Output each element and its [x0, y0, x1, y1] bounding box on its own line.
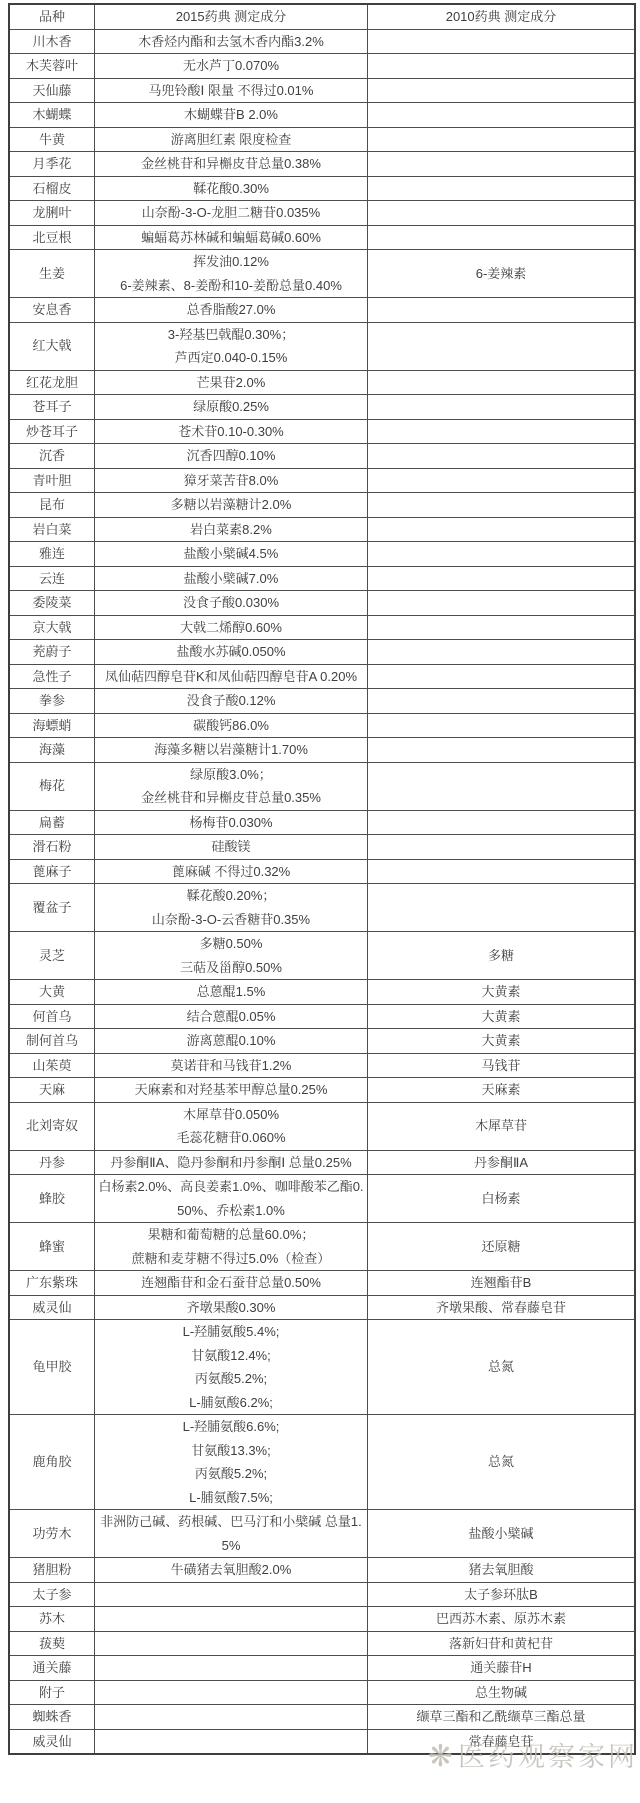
- components-2015-cell: [95, 1656, 368, 1681]
- component-line: 芒果苷2.0%: [98, 371, 364, 395]
- table-row: 委陵菜没食子酸0.030%: [9, 591, 635, 616]
- components-2015-cell: 挥发油0.12%6-姜辣素、8-姜酚和10-姜酚总量0.40%: [95, 250, 368, 298]
- component-line: L-羟脯氨酸5.4%;: [98, 1320, 364, 1344]
- components-2010-cell: 马钱苷: [368, 1053, 636, 1078]
- component-line: 非洲防己碱、药根碱、巴马汀和小檗碱 总量1.5%: [98, 1510, 364, 1557]
- components-2015-cell: 绿原酸0.25%: [95, 395, 368, 420]
- component-line: 蔗糖和麦芽糖不得过5.0%（检查）: [98, 1247, 364, 1271]
- components-2015-cell: 蝙蝠葛苏林碱和蝙蝠葛碱0.60%: [95, 225, 368, 250]
- herb-name-cell: 龟甲胶: [9, 1320, 95, 1415]
- component-line: 齐墩果酸0.30%: [98, 1296, 364, 1320]
- components-2015-cell: 莫诺苷和马钱苷1.2%: [95, 1053, 368, 1078]
- components-2010-cell: 齐墩果酸、常春藤皂苷: [368, 1295, 636, 1320]
- components-2010-cell: 6-姜辣素: [368, 250, 636, 298]
- component-line: 沉香四醇0.10%: [98, 444, 364, 468]
- components-2015-cell: 木香烃内酯和去氢木香内酯3.2%: [95, 29, 368, 54]
- components-2010-cell: 缬草三酯和乙酰缬草三酯总量: [368, 1705, 636, 1730]
- herb-name-cell: 威灵仙: [9, 1295, 95, 1320]
- components-2010-cell: [368, 640, 636, 665]
- components-2015-cell: 无水芦丁0.070%: [95, 54, 368, 79]
- table-row: 威灵仙常春藤皂苷: [9, 1729, 635, 1754]
- table-row: 沉香沉香四醇0.10%: [9, 444, 635, 469]
- components-2010-cell: 太子参环肽B: [368, 1582, 636, 1607]
- components-2010-cell: 总氮: [368, 1320, 636, 1415]
- components-2015-cell: 非洲防己碱、药根碱、巴马汀和小檗碱 总量1.5%: [95, 1510, 368, 1558]
- component-line: 盐酸小檗碱4.5%: [98, 542, 364, 566]
- herb-name-cell: 岩白菜: [9, 517, 95, 542]
- components-2015-cell: 苍术苷0.10-0.30%: [95, 419, 368, 444]
- component-line: 蝙蝠葛苏林碱和蝙蝠葛碱0.60%: [98, 226, 364, 250]
- herb-name-cell: 制何首乌: [9, 1029, 95, 1054]
- components-2010-cell: [368, 762, 636, 810]
- components-2015-cell: 白杨素2.0%、高良姜素1.0%、咖啡酸苯乙酯0.50%、乔松素1.0%: [95, 1175, 368, 1223]
- component-line: 芦西定0.040-0.15%: [98, 346, 364, 370]
- component-line: 丙氨酸5.2%;: [98, 1462, 364, 1486]
- herb-name-cell: 红大戟: [9, 322, 95, 370]
- components-2015-cell: 凤仙萜四醇皂苷K和凤仙萜四醇皂苷A 0.20%: [95, 664, 368, 689]
- component-line: 金丝桃苷和异槲皮苷总量0.35%: [98, 786, 364, 810]
- table-row: 海藻海藻多糖以岩藻糖计1.70%: [9, 738, 635, 763]
- components-2010-cell: [368, 468, 636, 493]
- table-row: 生姜挥发油0.12%6-姜辣素、8-姜酚和10-姜酚总量0.40%6-姜辣素: [9, 250, 635, 298]
- components-2015-cell: 獐牙菜苦苷8.0%: [95, 468, 368, 493]
- components-2015-cell: 碳酸钙86.0%: [95, 713, 368, 738]
- components-2015-cell: 总香脂酸27.0%: [95, 298, 368, 323]
- table-row: 木蝴蝶木蝴蝶苷B 2.0%: [9, 103, 635, 128]
- table-row: 急性子凤仙萜四醇皂苷K和凤仙萜四醇皂苷A 0.20%: [9, 664, 635, 689]
- table-row: 附子总生物碱: [9, 1680, 635, 1705]
- component-line: 盐酸小檗碱7.0%: [98, 567, 364, 591]
- herb-name-cell: 丹参: [9, 1150, 95, 1175]
- table-row: 龙脷叶山奈酚-3-O-龙胆二糖苷0.035%: [9, 201, 635, 226]
- components-2010-cell: 天麻素: [368, 1078, 636, 1103]
- component-line: 丙氨酸5.2%;: [98, 1367, 364, 1391]
- table-row: 木芙蓉叶无水芦丁0.070%: [9, 54, 635, 79]
- components-2015-cell: 马兜铃酸Ⅰ 限量 不得过0.01%: [95, 78, 368, 103]
- components-2015-cell: [95, 1680, 368, 1705]
- herb-name-cell: 木蝴蝶: [9, 103, 95, 128]
- component-line: 岩白菜素8.2%: [98, 518, 364, 542]
- components-2015-cell: 芒果苷2.0%: [95, 370, 368, 395]
- component-line: 绿原酸0.25%: [98, 395, 364, 419]
- components-2010-cell: [368, 54, 636, 79]
- component-line: 莫诺苷和马钱苷1.2%: [98, 1054, 364, 1078]
- herb-name-cell: 蜘蛛香: [9, 1705, 95, 1730]
- component-line: 多糖0.50%: [98, 932, 364, 956]
- component-line: L-脯氨酸6.2%;: [98, 1391, 364, 1415]
- component-line: 金丝桃苷和异槲皮苷总量0.38%: [98, 152, 364, 176]
- table-row: 拳参没食子酸0.12%: [9, 689, 635, 714]
- component-line: 獐牙菜苦苷8.0%: [98, 469, 364, 493]
- components-2010-cell: [368, 395, 636, 420]
- components-2010-cell: [368, 738, 636, 763]
- components-2010-cell: [368, 103, 636, 128]
- table-row: 雅连盐酸小檗碱4.5%: [9, 542, 635, 567]
- component-line: 木犀草苷0.050%: [98, 1103, 364, 1127]
- components-2015-cell: 木蝴蝶苷B 2.0%: [95, 103, 368, 128]
- table-row: 北刘寄奴木犀草苷0.050%毛蕊花糖苷0.060%木犀草苷: [9, 1102, 635, 1150]
- herb-name-cell: 生姜: [9, 250, 95, 298]
- table-row: 山茱萸莫诺苷和马钱苷1.2%马钱苷: [9, 1053, 635, 1078]
- components-2010-cell: [368, 298, 636, 323]
- herb-name-cell: 扁蓄: [9, 810, 95, 835]
- herb-name-cell: 云连: [9, 566, 95, 591]
- component-line: 总蒽醌1.5%: [98, 980, 364, 1004]
- herb-name-cell: 山茱萸: [9, 1053, 95, 1078]
- components-2015-cell: 多糖0.50%三萜及甾醇0.50%: [95, 932, 368, 980]
- components-2010-cell: [368, 176, 636, 201]
- herb-name-cell: 北刘寄奴: [9, 1102, 95, 1150]
- components-2015-cell: 杨梅苷0.030%: [95, 810, 368, 835]
- herb-name-cell: 青叶胆: [9, 468, 95, 493]
- component-line: L-脯氨酸7.5%;: [98, 1486, 364, 1510]
- components-2015-cell: [95, 1705, 368, 1730]
- components-2010-cell: [368, 322, 636, 370]
- components-2015-cell: 游离蒽醌0.10%: [95, 1029, 368, 1054]
- component-line: 凤仙萜四醇皂苷K和凤仙萜四醇皂苷A 0.20%: [98, 665, 364, 689]
- components-2010-cell: [368, 615, 636, 640]
- component-line: 没食子酸0.030%: [98, 591, 364, 615]
- herb-name-cell: 月季花: [9, 152, 95, 177]
- components-2010-cell: 盐酸小檗碱: [368, 1510, 636, 1558]
- components-2015-cell: 盐酸小檗碱4.5%: [95, 542, 368, 567]
- components-2015-cell: 游离胆红素 限度检查: [95, 127, 368, 152]
- components-2015-cell: 盐酸水苏碱0.050%: [95, 640, 368, 665]
- components-2010-cell: 落新妇苷和黄杞苷: [368, 1631, 636, 1656]
- table-row: 太子参太子参环肽B: [9, 1582, 635, 1607]
- components-2015-cell: 岩白菜素8.2%: [95, 517, 368, 542]
- herb-name-cell: 灵芝: [9, 932, 95, 980]
- table-row: 青叶胆獐牙菜苦苷8.0%: [9, 468, 635, 493]
- components-2010-cell: [368, 78, 636, 103]
- herb-name-cell: 太子参: [9, 1582, 95, 1607]
- components-2015-cell: 果糖和葡萄糖的总量60.0%；蔗糖和麦芽糖不得过5.0%（检查）: [95, 1223, 368, 1271]
- components-2010-cell: [368, 444, 636, 469]
- components-2010-cell: 大黄素: [368, 1029, 636, 1054]
- components-2015-cell: 没食子酸0.12%: [95, 689, 368, 714]
- herb-name-cell: 滑石粉: [9, 835, 95, 860]
- components-2010-cell: [368, 152, 636, 177]
- herb-name-cell: 何首乌: [9, 1004, 95, 1029]
- herb-name-cell: 牛黄: [9, 127, 95, 152]
- table-row: 灵芝多糖0.50%三萜及甾醇0.50%多糖: [9, 932, 635, 980]
- components-2010-cell: [368, 713, 636, 738]
- component-line: 天麻素和对羟基苯甲醇总量0.25%: [98, 1078, 364, 1102]
- table-row: 丹参丹参酮ⅡA、隐丹参酮和丹参酮Ⅰ 总量0.25%丹参酮ⅡA: [9, 1150, 635, 1175]
- herb-name-cell: 海藻: [9, 738, 95, 763]
- components-2010-cell: [368, 884, 636, 932]
- components-2010-cell: [368, 370, 636, 395]
- components-2010-cell: 木犀草苷: [368, 1102, 636, 1150]
- table-row: 岩白菜岩白菜素8.2%: [9, 517, 635, 542]
- components-2015-cell: 沉香四醇0.10%: [95, 444, 368, 469]
- herb-name-cell: 木芙蓉叶: [9, 54, 95, 79]
- component-line: 马兜铃酸Ⅰ 限量 不得过0.01%: [98, 79, 364, 103]
- component-line: L-羟脯氨酸6.6%;: [98, 1415, 364, 1439]
- components-2010-cell: [368, 127, 636, 152]
- component-line: 无水芦丁0.070%: [98, 54, 364, 78]
- components-2015-cell: L-羟脯氨酸5.4%;甘氨酸12.4%;丙氨酸5.2%;L-脯氨酸6.2%;: [95, 1320, 368, 1415]
- components-2010-cell: [368, 517, 636, 542]
- component-line: 山奈酚-3-O-云香糖苷0.35%: [98, 908, 364, 932]
- components-2010-cell: 丹参酮ⅡA: [368, 1150, 636, 1175]
- components-2015-cell: 海藻多糖以岩藻糖计1.70%: [95, 738, 368, 763]
- component-line: 多糖以岩藻糖计2.0%: [98, 493, 364, 517]
- herb-name-cell: 猪胆粉: [9, 1558, 95, 1583]
- herb-name-cell: 蜂胶: [9, 1175, 95, 1223]
- component-line: 鞣花酸0.20%；: [98, 884, 364, 908]
- component-line: 挥发油0.12%: [98, 250, 364, 274]
- table-row: 京大戟大戟二烯醇0.60%: [9, 615, 635, 640]
- herb-name-cell: 沉香: [9, 444, 95, 469]
- herb-name-cell: 蓖麻子: [9, 859, 95, 884]
- table-row: 天麻天麻素和对羟基苯甲醇总量0.25%天麻素: [9, 1078, 635, 1103]
- table-row: 覆盆子鞣花酸0.20%；山奈酚-3-O-云香糖苷0.35%: [9, 884, 635, 932]
- components-2015-cell: 硅酸镁: [95, 835, 368, 860]
- component-line: 游离胆红素 限度检查: [98, 128, 364, 152]
- herb-name-cell: 京大戟: [9, 615, 95, 640]
- table-row: 通关藤通关藤苷H: [9, 1656, 635, 1681]
- components-2015-cell: 总蒽醌1.5%: [95, 980, 368, 1005]
- component-line: 三萜及甾醇0.50%: [98, 956, 364, 980]
- components-2015-cell: 结合蒽醌0.05%: [95, 1004, 368, 1029]
- components-2010-cell: [368, 689, 636, 714]
- table-row: 安息香总香脂酸27.0%: [9, 298, 635, 323]
- components-2010-cell: [368, 566, 636, 591]
- components-2015-cell: 多糖以岩藻糖计2.0%: [95, 493, 368, 518]
- herb-name-cell: 龙脷叶: [9, 201, 95, 226]
- components-2010-cell: 还原糖: [368, 1223, 636, 1271]
- table-row: 天仙藤马兜铃酸Ⅰ 限量 不得过0.01%: [9, 78, 635, 103]
- herb-name-cell: 茺蔚子: [9, 640, 95, 665]
- herb-name-cell: 菝葜: [9, 1631, 95, 1656]
- table-row: 制何首乌游离蒽醌0.10%大黄素: [9, 1029, 635, 1054]
- herb-name-cell: 安息香: [9, 298, 95, 323]
- components-2010-cell: 常春藤皂苷: [368, 1729, 636, 1754]
- herb-name-cell: 海螵蛸: [9, 713, 95, 738]
- herb-name-cell: 威灵仙: [9, 1729, 95, 1754]
- components-2010-cell: [368, 542, 636, 567]
- components-2010-cell: 巴西苏木素、原苏木素: [368, 1607, 636, 1632]
- component-line: 鞣花酸0.30%: [98, 177, 364, 201]
- components-2015-cell: 山奈酚-3-O-龙胆二糖苷0.035%: [95, 201, 368, 226]
- table-row: 海螵蛸碳酸钙86.0%: [9, 713, 635, 738]
- herb-name-cell: 覆盆子: [9, 884, 95, 932]
- table-row: 扁蓄杨梅苷0.030%: [9, 810, 635, 835]
- herb-name-cell: 鹿角胶: [9, 1415, 95, 1510]
- components-2010-cell: [368, 201, 636, 226]
- herb-name-cell: 炒苍耳子: [9, 419, 95, 444]
- component-line: 海藻多糖以岩藻糖计1.70%: [98, 738, 364, 762]
- components-2010-cell: 连翘酯苷B: [368, 1271, 636, 1296]
- table-row: 梅花绿原酸3.0%；金丝桃苷和异槲皮苷总量0.35%: [9, 762, 635, 810]
- component-line: 结合蒽醌0.05%: [98, 1005, 364, 1029]
- herb-name-cell: 红花龙胆: [9, 370, 95, 395]
- components-2010-cell: [368, 810, 636, 835]
- component-line: 总香脂酸27.0%: [98, 298, 364, 322]
- table-row: 功劳木非洲防己碱、药根碱、巴马汀和小檗碱 总量1.5%盐酸小檗碱: [9, 1510, 635, 1558]
- table-row: 北豆根蝙蝠葛苏林碱和蝙蝠葛碱0.60%: [9, 225, 635, 250]
- components-2010-cell: [368, 664, 636, 689]
- herb-name-cell: 蜂蜜: [9, 1223, 95, 1271]
- components-2010-cell: 通关藤苷H: [368, 1656, 636, 1681]
- components-2010-cell: 大黄素: [368, 1004, 636, 1029]
- table-row: 炒苍耳子苍术苷0.10-0.30%: [9, 419, 635, 444]
- component-line: 绿原酸3.0%；: [98, 763, 364, 787]
- components-2010-cell: 多糖: [368, 932, 636, 980]
- herb-name-cell: 广东紫珠: [9, 1271, 95, 1296]
- table-row: 红花龙胆芒果苷2.0%: [9, 370, 635, 395]
- header-row: 品种 2015药典 测定成分 2010药典 测定成分: [9, 4, 635, 29]
- table-row: 苍耳子绿原酸0.25%: [9, 395, 635, 420]
- herb-name-cell: 通关藤: [9, 1656, 95, 1681]
- table-row: 龟甲胶L-羟脯氨酸5.4%;甘氨酸12.4%;丙氨酸5.2%;L-脯氨酸6.2%…: [9, 1320, 635, 1415]
- component-line: 6-姜辣素、8-姜酚和10-姜酚总量0.40%: [98, 274, 364, 298]
- herb-name-cell: 石榴皮: [9, 176, 95, 201]
- component-line: 没食子酸0.12%: [98, 689, 364, 713]
- table-row: 滑石粉硅酸镁: [9, 835, 635, 860]
- components-2015-cell: 蓖麻碱 不得过0.32%: [95, 859, 368, 884]
- header-2010-components: 2010药典 测定成分: [368, 4, 636, 29]
- component-line: 硅酸镁: [98, 835, 364, 859]
- components-2010-cell: 总生物碱: [368, 1680, 636, 1705]
- component-line: 大戟二烯醇0.60%: [98, 616, 364, 640]
- components-2010-cell: 总氮: [368, 1415, 636, 1510]
- component-line: 丹参酮ⅡA、隐丹参酮和丹参酮Ⅰ 总量0.25%: [98, 1151, 364, 1175]
- components-2015-cell: 鞣花酸0.30%: [95, 176, 368, 201]
- components-2010-cell: [368, 225, 636, 250]
- components-2010-cell: [368, 835, 636, 860]
- table-row: 蓖麻子蓖麻碱 不得过0.32%: [9, 859, 635, 884]
- component-line: 木香烃内酯和去氢木香内酯3.2%: [98, 30, 364, 54]
- table-row: 红大戟3-羟基巴戟醌0.30%；芦西定0.040-0.15%: [9, 322, 635, 370]
- table-row: 广东紫珠连翘酯苷和金石蚕苷总量0.50%连翘酯苷B: [9, 1271, 635, 1296]
- components-2015-cell: 绿原酸3.0%；金丝桃苷和异槲皮苷总量0.35%: [95, 762, 368, 810]
- component-line: 苍术苷0.10-0.30%: [98, 420, 364, 444]
- herb-name-cell: 川木香: [9, 29, 95, 54]
- pharmacopoeia-comparison-table: 品种 2015药典 测定成分 2010药典 测定成分 川木香木香烃内酯和去氢木香…: [8, 3, 636, 1755]
- table-row: 何首乌结合蒽醌0.05%大黄素: [9, 1004, 635, 1029]
- table-row: 猪胆粉牛磺猪去氧胆酸2.0%猪去氧胆酸: [9, 1558, 635, 1583]
- table-row: 茺蔚子盐酸水苏碱0.050%: [9, 640, 635, 665]
- components-2015-cell: 没食子酸0.030%: [95, 591, 368, 616]
- table-row: 昆布多糖以岩藻糖计2.0%: [9, 493, 635, 518]
- components-2015-cell: 3-羟基巴戟醌0.30%；芦西定0.040-0.15%: [95, 322, 368, 370]
- herb-name-cell: 大黄: [9, 980, 95, 1005]
- component-line: 毛蕊花糖苷0.060%: [98, 1126, 364, 1150]
- component-line: 白杨素2.0%、高良姜素1.0%、咖啡酸苯乙酯0.50%、乔松素1.0%: [98, 1175, 364, 1222]
- components-2010-cell: [368, 493, 636, 518]
- components-2015-cell: [95, 1631, 368, 1656]
- table-row: 牛黄游离胆红素 限度检查: [9, 127, 635, 152]
- components-2015-cell: [95, 1729, 368, 1754]
- table-row: 菝葜落新妇苷和黄杞苷: [9, 1631, 635, 1656]
- component-line: 果糖和葡萄糖的总量60.0%；: [98, 1223, 364, 1247]
- components-2015-cell: [95, 1582, 368, 1607]
- components-2010-cell: [368, 29, 636, 54]
- herb-name-cell: 天麻: [9, 1078, 95, 1103]
- table-row: 蜂蜜果糖和葡萄糖的总量60.0%；蔗糖和麦芽糖不得过5.0%（检查）还原糖: [9, 1223, 635, 1271]
- component-line: 甘氨酸12.4%;: [98, 1344, 364, 1368]
- table-row: 蜂胶白杨素2.0%、高良姜素1.0%、咖啡酸苯乙酯0.50%、乔松素1.0%白杨…: [9, 1175, 635, 1223]
- components-2010-cell: [368, 419, 636, 444]
- herb-name-cell: 急性子: [9, 664, 95, 689]
- components-2010-cell: [368, 859, 636, 884]
- herb-name-cell: 天仙藤: [9, 78, 95, 103]
- component-line: 山奈酚-3-O-龙胆二糖苷0.035%: [98, 201, 364, 225]
- herb-name-cell: 昆布: [9, 493, 95, 518]
- herb-name-cell: 委陵菜: [9, 591, 95, 616]
- component-line: 蓖麻碱 不得过0.32%: [98, 860, 364, 884]
- table-row: 川木香木香烃内酯和去氢木香内酯3.2%: [9, 29, 635, 54]
- components-2015-cell: 鞣花酸0.20%；山奈酚-3-O-云香糖苷0.35%: [95, 884, 368, 932]
- table-body: 川木香木香烃内酯和去氢木香内酯3.2%木芙蓉叶无水芦丁0.070%天仙藤马兜铃酸…: [9, 29, 635, 1754]
- components-2015-cell: 丹参酮ⅡA、隐丹参酮和丹参酮Ⅰ 总量0.25%: [95, 1150, 368, 1175]
- herb-name-cell: 北豆根: [9, 225, 95, 250]
- table-row: 威灵仙齐墩果酸0.30%齐墩果酸、常春藤皂苷: [9, 1295, 635, 1320]
- component-line: 盐酸水苏碱0.050%: [98, 640, 364, 664]
- components-2015-cell: 木犀草苷0.050%毛蕊花糖苷0.060%: [95, 1102, 368, 1150]
- components-2015-cell: 天麻素和对羟基苯甲醇总量0.25%: [95, 1078, 368, 1103]
- herb-name-cell: 雅连: [9, 542, 95, 567]
- components-2015-cell: 盐酸小檗碱7.0%: [95, 566, 368, 591]
- components-2010-cell: 大黄素: [368, 980, 636, 1005]
- table-row: 月季花金丝桃苷和异槲皮苷总量0.38%: [9, 152, 635, 177]
- component-line: 木蝴蝶苷B 2.0%: [98, 103, 364, 127]
- components-2015-cell: 齐墩果酸0.30%: [95, 1295, 368, 1320]
- components-2015-cell: 金丝桃苷和异槲皮苷总量0.38%: [95, 152, 368, 177]
- components-2010-cell: [368, 591, 636, 616]
- herb-name-cell: 梅花: [9, 762, 95, 810]
- herb-name-cell: 附子: [9, 1680, 95, 1705]
- components-2015-cell: 牛磺猪去氧胆酸2.0%: [95, 1558, 368, 1583]
- components-2010-cell: 猪去氧胆酸: [368, 1558, 636, 1583]
- page: 品种 2015药典 测定成分 2010药典 测定成分 川木香木香烃内酯和去氢木香…: [0, 0, 640, 1803]
- components-2010-cell: 白杨素: [368, 1175, 636, 1223]
- component-line: 碳酸钙86.0%: [98, 714, 364, 738]
- table-row: 苏木巴西苏木素、原苏木素: [9, 1607, 635, 1632]
- table-row: 大黄总蒽醌1.5%大黄素: [9, 980, 635, 1005]
- table-row: 云连盐酸小檗碱7.0%: [9, 566, 635, 591]
- components-2015-cell: L-羟脯氨酸6.6%;甘氨酸13.3%;丙氨酸5.2%;L-脯氨酸7.5%;: [95, 1415, 368, 1510]
- header-variety: 品种: [9, 4, 95, 29]
- header-2015-components: 2015药典 测定成分: [95, 4, 368, 29]
- component-line: 游离蒽醌0.10%: [98, 1029, 364, 1053]
- component-line: 牛磺猪去氧胆酸2.0%: [98, 1558, 364, 1582]
- herb-name-cell: 苏木: [9, 1607, 95, 1632]
- table-row: 石榴皮鞣花酸0.30%: [9, 176, 635, 201]
- component-line: 连翘酯苷和金石蚕苷总量0.50%: [98, 1271, 364, 1295]
- component-line: 甘氨酸13.3%;: [98, 1439, 364, 1463]
- component-line: 3-羟基巴戟醌0.30%；: [98, 323, 364, 347]
- component-line: 杨梅苷0.030%: [98, 811, 364, 835]
- components-2015-cell: 大戟二烯醇0.60%: [95, 615, 368, 640]
- herb-name-cell: 功劳木: [9, 1510, 95, 1558]
- table-row: 鹿角胶L-羟脯氨酸6.6%;甘氨酸13.3%;丙氨酸5.2%;L-脯氨酸7.5%…: [9, 1415, 635, 1510]
- components-2015-cell: 连翘酯苷和金石蚕苷总量0.50%: [95, 1271, 368, 1296]
- herb-name-cell: 拳参: [9, 689, 95, 714]
- table-row: 蜘蛛香缬草三酯和乙酰缬草三酯总量: [9, 1705, 635, 1730]
- herb-name-cell: 苍耳子: [9, 395, 95, 420]
- components-2015-cell: [95, 1607, 368, 1632]
